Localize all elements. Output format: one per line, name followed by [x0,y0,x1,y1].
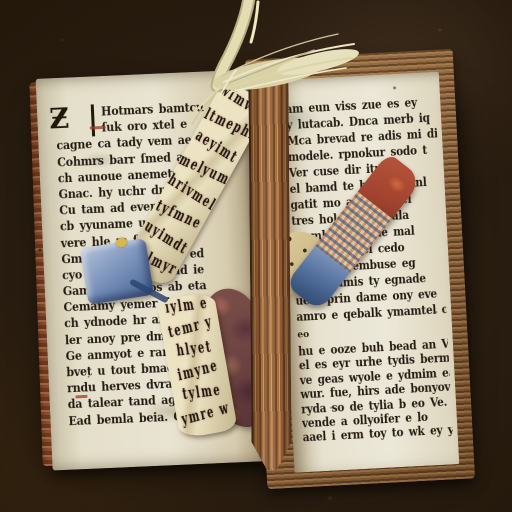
rubrication-mark [75,395,87,399]
blue-paint-swatch [80,238,154,305]
book-spine-gutter [248,66,292,470]
cord-highlight-fiber [251,2,258,42]
right-page-paragraph-2: hu e ooze buh bead an V egel es eyr urhe… [298,338,453,446]
photo-of-open-medieval-manuscript: Ƶ Hotmars bamtcuſuk oro xtel ecagne ca t… [0,0,512,512]
